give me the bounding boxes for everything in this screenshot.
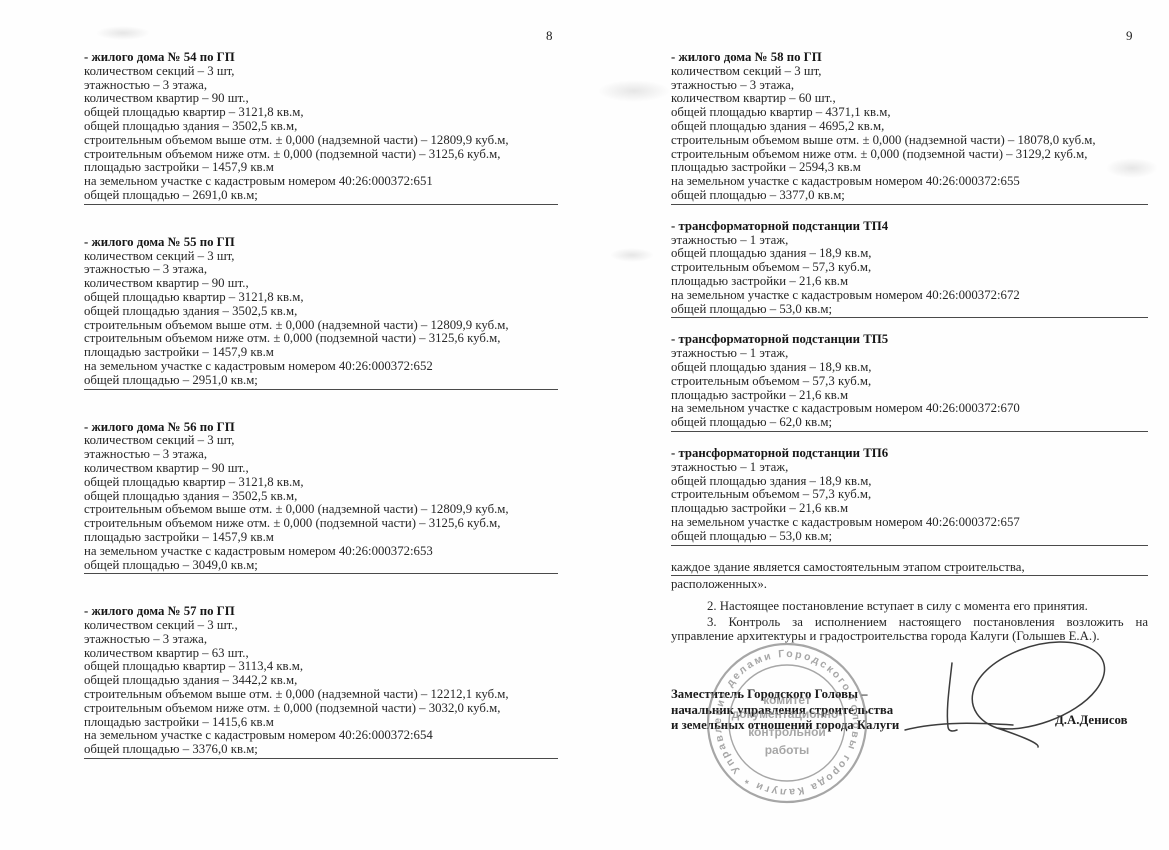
scan-smudge xyxy=(96,26,150,40)
block-line: количеством секций – 3 шт, xyxy=(84,250,558,264)
signature-row: Заместитель Городского Головы – начальни… xyxy=(671,687,1148,734)
block-heading: - жилого дома № 55 по ГП xyxy=(84,236,558,250)
property-block: - жилого дома № 58 по ГПколичеством секц… xyxy=(671,51,1148,205)
block-heading: - трансформаторной подстанции ТП4 xyxy=(671,220,1148,234)
signature-title-line: и земельных отношений города Калуги xyxy=(671,718,921,734)
block-line: строительным объемом выше отм. ± 0,000 (… xyxy=(671,134,1148,148)
block-line: площадью застройки – 1457,9 кв.м xyxy=(84,531,558,545)
block-line: этажностью – 3 этажа, xyxy=(84,633,558,647)
block-line: площадью застройки – 21,6 кв.м xyxy=(671,389,1148,403)
block-line: этажностью – 3 этажа, xyxy=(84,79,558,93)
block-line: этажностью – 3 этажа, xyxy=(671,79,1148,93)
block-line: количеством секций – 3 шт, xyxy=(84,434,558,448)
block-line: количеством секций – 3 шт, xyxy=(84,65,558,79)
block-line: количеством квартир – 60 шт., xyxy=(671,92,1148,106)
block-line: общей площадью – 3377,0 кв.м; xyxy=(671,189,1148,203)
block-line: количеством квартир – 63 шт., xyxy=(84,647,558,661)
block-line: на земельном участке с кадастровым номер… xyxy=(84,545,558,559)
block-line: строительным объемом ниже отм. ± 0,000 (… xyxy=(671,148,1148,162)
block-line: этажностью – 1 этаж, xyxy=(671,347,1148,361)
property-block: - трансформаторной подстанции ТП6этажнос… xyxy=(671,447,1148,546)
block-line: площадью застройки – 1415,6 кв.м xyxy=(84,716,558,730)
block-line: общей площадью квартир – 3121,8 кв.м, xyxy=(84,476,558,490)
property-block: - жилого дома № 55 по ГПколичеством секц… xyxy=(84,236,558,390)
note-line: каждое здание является самостоятельным э… xyxy=(671,561,1148,577)
block-line: общей площадью – 62,0 кв.м; xyxy=(671,416,1148,430)
block-heading: - жилого дома № 56 по ГП xyxy=(84,421,558,435)
page-number-left: 8 xyxy=(546,28,553,44)
paragraph-3: 3. Контроль за исполнением настоящего по… xyxy=(671,616,1148,644)
block-line: общей площадью – 2951,0 кв.м; xyxy=(84,374,558,388)
block-heading: - жилого дома № 57 по ГП xyxy=(84,605,558,619)
block-heading: - трансформаторной подстанции ТП5 xyxy=(671,333,1148,347)
property-block: - жилого дома № 54 по ГПколичеством секц… xyxy=(84,51,558,205)
property-block: - жилого дома № 57 по ГПколичеством секц… xyxy=(84,605,558,759)
block-line: площадью застройки – 21,6 кв.м xyxy=(671,502,1148,516)
block-line: общей площадью – 3049,0 кв.м; xyxy=(84,559,558,573)
block-line: общей площадью – 3376,0 кв.м; xyxy=(84,743,558,757)
signature-title: Заместитель Городского Головы – начальни… xyxy=(671,687,921,734)
signatory-name: Д.А.Денисов xyxy=(1055,714,1128,728)
block-line: на земельном участке с кадастровым номер… xyxy=(84,175,558,189)
block-line: на земельном участке с кадастровым номер… xyxy=(671,516,1148,530)
block-line: общей площадью здания – 3502,5 кв.м, xyxy=(84,490,558,504)
block-heading: - трансформаторной подстанции ТП6 xyxy=(671,447,1148,461)
block-line: общей площадью квартир – 3121,8 кв.м, xyxy=(84,291,558,305)
block-line: общей площадью здания – 4695,2 кв.м, xyxy=(671,120,1148,134)
property-block: - жилого дома № 56 по ГПколичеством секц… xyxy=(84,421,558,575)
block-line: строительным объемом выше отм. ± 0,000 (… xyxy=(84,319,558,333)
block-line: строительным объемом ниже отм. ± 0,000 (… xyxy=(84,148,558,162)
block-line: общей площадью квартир – 3113,4 кв.м, xyxy=(84,660,558,674)
block-line: количеством квартир – 90 шт., xyxy=(84,462,558,476)
block-line: строительным объемом ниже отм. ± 0,000 (… xyxy=(84,702,558,716)
block-line: строительным объемом ниже отм. ± 0,000 (… xyxy=(84,332,558,346)
block-line: общей площадью – 53,0 кв.м; xyxy=(671,303,1148,317)
block-heading: - жилого дома № 58 по ГП xyxy=(671,51,1148,65)
block-line: строительным объемом ниже отм. ± 0,000 (… xyxy=(84,517,558,531)
block-line: строительным объемом выше отм. ± 0,000 (… xyxy=(84,688,558,702)
block-line: количеством квартир – 90 шт., xyxy=(84,92,558,106)
scan-smudge xyxy=(598,80,670,102)
block-line: этажностью – 3 этажа, xyxy=(84,263,558,277)
page-9-blocks: - жилого дома № 58 по ГПколичеством секц… xyxy=(671,51,1148,546)
block-line: строительным объемом выше отм. ± 0,000 (… xyxy=(84,503,558,517)
page-9-column: - жилого дома № 58 по ГПколичеством секц… xyxy=(671,51,1148,645)
block-line: на земельном участке с кадастровым номер… xyxy=(84,360,558,374)
page-8-column: - жилого дома № 54 по ГПколичеством секц… xyxy=(84,51,558,790)
block-heading: - жилого дома № 54 по ГП xyxy=(84,51,558,65)
block-line: площадью застройки – 2594,3 кв.м xyxy=(671,161,1148,175)
block-line: строительным объемом – 57,3 куб.м, xyxy=(671,488,1148,502)
block-line: общей площадью здания – 3502,5 кв.м, xyxy=(84,120,558,134)
block-line: на земельном участке с кадастровым номер… xyxy=(671,175,1148,189)
stamp-center-line: работы xyxy=(765,743,810,757)
property-block: - трансформаторной подстанции ТП4этажнос… xyxy=(671,220,1148,319)
block-line: количеством секций – 3 шт, xyxy=(671,65,1148,79)
signature-title-line: Заместитель Городского Головы – xyxy=(671,687,921,703)
note-tail: расположенных». xyxy=(671,578,1148,592)
block-line: на земельном участке с кадастровым номер… xyxy=(671,289,1148,303)
block-line: этажностью – 1 этаж, xyxy=(671,461,1148,475)
block-line: площадью застройки – 1457,9 кв.м xyxy=(84,161,558,175)
block-line: строительным объемом – 57,3 куб.м, xyxy=(671,375,1148,389)
block-line: общей площадью – 2691,0 кв.м; xyxy=(84,189,558,203)
block-line: количеством секций – 3 шт., xyxy=(84,619,558,633)
block-line: на земельном участке с кадастровым номер… xyxy=(84,729,558,743)
block-line: общей площадью здания – 18,9 кв.м, xyxy=(671,361,1148,375)
block-line: общей площадью квартир – 4371,1 кв.м, xyxy=(671,106,1148,120)
paragraph-2: 2. Настоящее постановление вступает в си… xyxy=(671,600,1148,614)
block-line: на земельном участке с кадастровым номер… xyxy=(671,402,1148,416)
block-line: общей площадью здания – 3442,2 кв.м, xyxy=(84,674,558,688)
block-line: строительным объемом выше отм. ± 0,000 (… xyxy=(84,134,558,148)
document-scan: 8 9 - жилого дома № 54 по ГПколичеством … xyxy=(0,0,1169,850)
signature-title-line: начальник управления строительства xyxy=(671,703,921,719)
block-line: площадью застройки – 21,6 кв.м xyxy=(671,275,1148,289)
block-line: этажностью – 1 этаж, xyxy=(671,234,1148,248)
block-line: общей площадью квартир – 3121,8 кв.м, xyxy=(84,106,558,120)
block-line: количеством квартир – 90 шт., xyxy=(84,277,558,291)
block-line: строительным объемом – 57,3 куб.м, xyxy=(671,261,1148,275)
block-line: общей площадью здания – 18,9 кв.м, xyxy=(671,247,1148,261)
block-line: площадью застройки – 1457,9 кв.м xyxy=(84,346,558,360)
block-line: общей площадью – 53,0 кв.м; xyxy=(671,530,1148,544)
property-block: - трансформаторной подстанции ТП5этажнос… xyxy=(671,333,1148,432)
block-line: этажностью – 3 этажа, xyxy=(84,448,558,462)
block-line: общей площадью здания – 18,9 кв.м, xyxy=(671,475,1148,489)
page-number-right: 9 xyxy=(1126,28,1133,44)
scan-smudge xyxy=(610,248,654,262)
block-line: общей площадью здания – 3502,5 кв.м, xyxy=(84,305,558,319)
